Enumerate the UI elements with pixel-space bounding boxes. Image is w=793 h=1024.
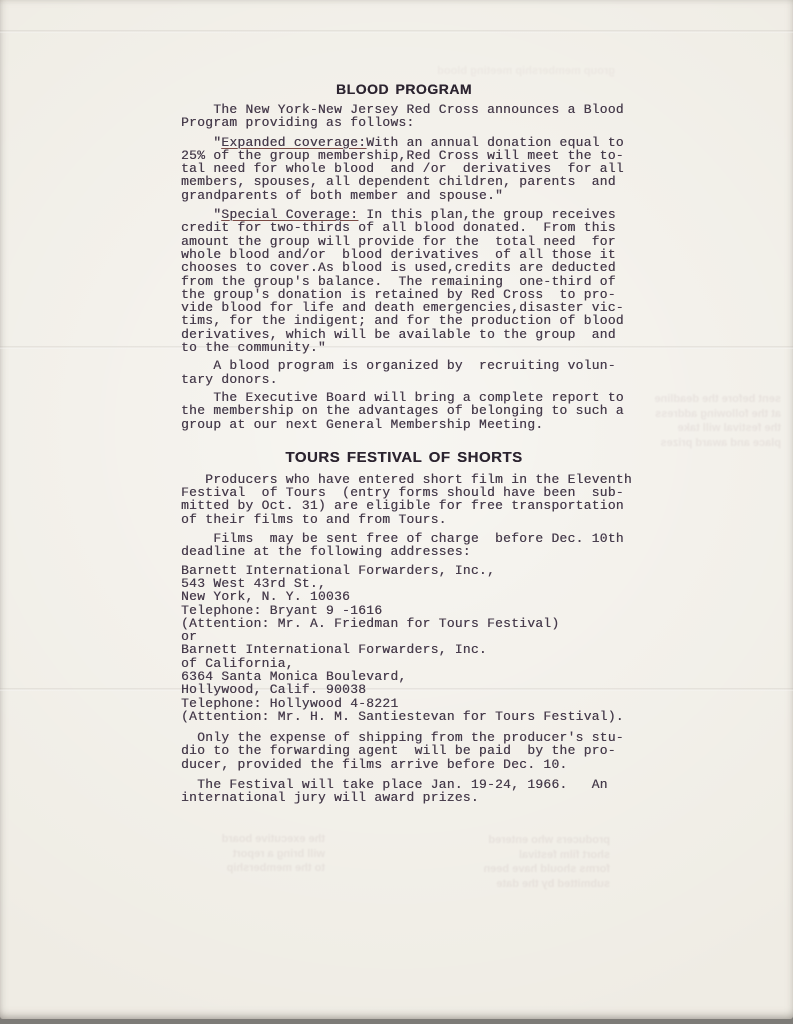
paragraph-shipping-expense: Only the expense of shipping from the pr… [181,731,627,771]
fold-crease [0,30,793,33]
section-heading-tours-festival: TOURS FESTIVAL OF SHORTS [181,449,627,466]
paragraph-text: In this plan,the group receives credit f… [181,207,624,355]
paragraph-voluntary-donors: A blood program is organized by recruiti… [181,359,627,386]
bleedthrough-text: sent before the deadline at the followin… [626,392,781,567]
paragraph-films-deadline: Films may be sent free of charge before … [181,532,627,559]
address-block-forwarders: Barnett International Forwarders, Inc., … [181,564,627,724]
bleedthrough-text: producers who entered short film festiva… [335,833,610,948]
document-body: BLOOD PROGRAM The New York-New Jersey Re… [181,82,627,811]
paragraph-special-coverage: "Special Coverage: In this plan,the grou… [181,208,627,354]
scanned-document-page: group membership meeting blood sent befo… [0,0,793,1024]
paragraph-producers: Producers who have entered short film in… [181,473,627,526]
paper-sheet: group membership meeting blood sent befo… [0,0,793,1019]
paragraph-festival-dates: The Festival will take place Jan. 19-24,… [181,778,627,805]
paragraph-executive-board: The Executive Board will bring a complet… [181,391,627,431]
bleedthrough-text: the executive board will bring a report … [25,832,325,927]
paragraph-expanded-coverage: "Expanded coverage:With an annual donati… [181,136,627,202]
section-heading-blood-program: BLOOD PROGRAM [181,82,627,97]
paragraph-blood-intro: The New York-New Jersey Red Cross announ… [181,103,627,130]
